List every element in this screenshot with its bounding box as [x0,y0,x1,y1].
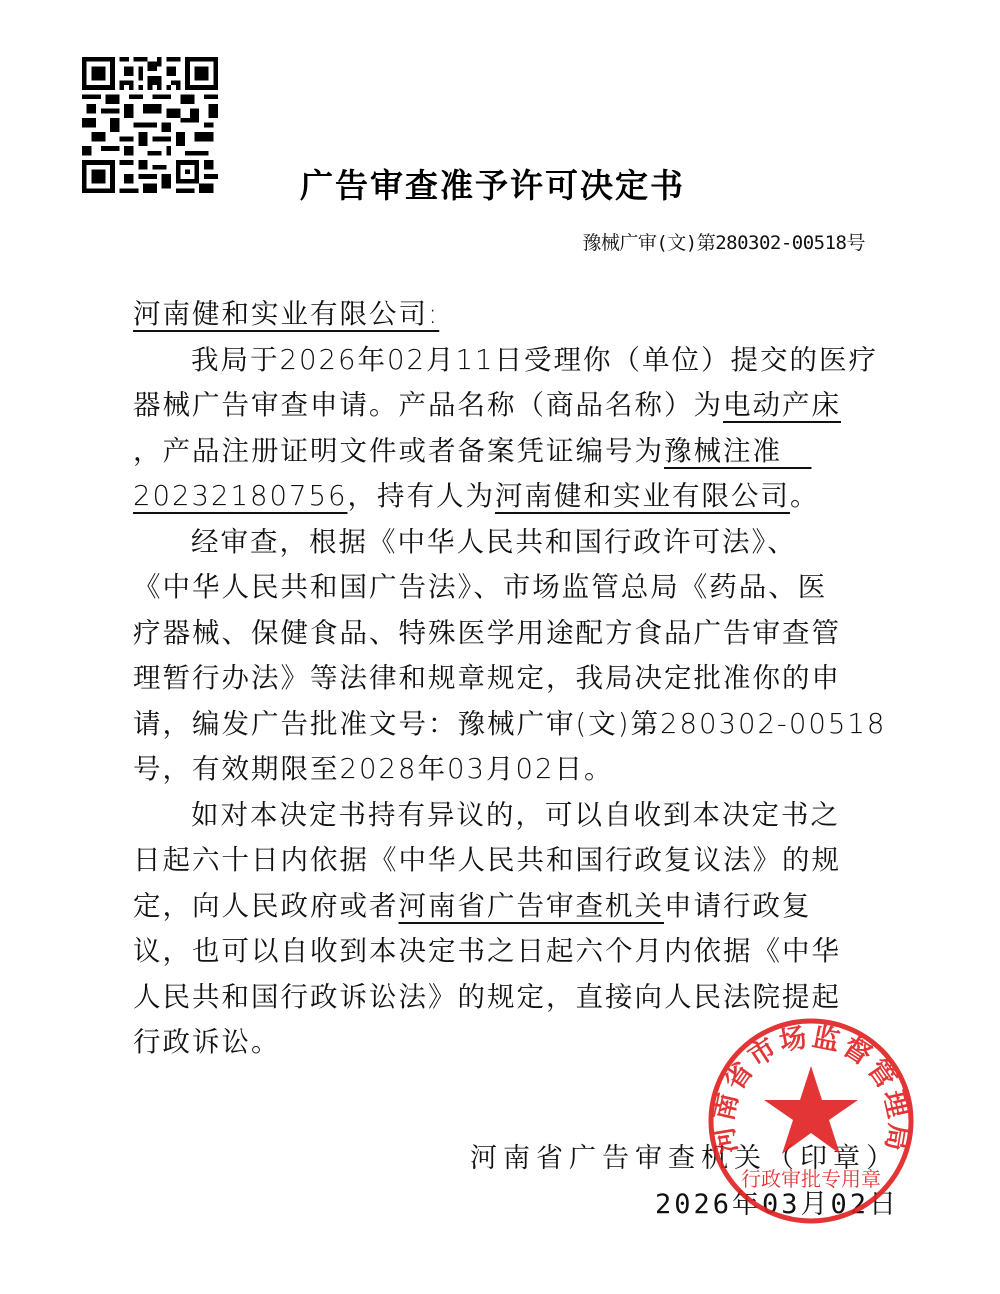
document-title: 广告审查准予许可决定书 [300,160,685,207]
addressee: 河南健和实业有限公司: [133,298,439,330]
text-line: 日起六十日内依据《中华人民共和国行政复议法》的规 [133,838,873,884]
star-icon [764,1066,858,1154]
qr-code-icon [80,57,220,193]
text-line: 器械广告审查申请。产品名称（商品名称）为电动产床 [133,383,873,429]
text-line: 20232180756，持有人为河南健和实业有限公司。 [133,474,873,520]
text-line: 理暂行办法》等法律和规章规定，我局决定批准你的申 [133,656,873,702]
text-line: 请，编发广告批准文号：豫械广审(文)第280302-00518 [133,702,873,748]
official-seal-stamp: 河南省市场监督管理局 行政审批专用章 [706,1016,916,1226]
paragraph-acceptance: 我局于2026年02月11日受理你（单位）提交的医疗 器械广告审查申请。产品名称… [133,338,873,520]
registration-number-part2: 20232180756 [133,480,347,512]
registration-number-part1: 豫械注准 [664,435,782,467]
text-line: 人民共和国行政诉讼法》的规定，直接向人民法院提起 [133,975,873,1021]
text-line: 议，也可以自收到本决定书之日起六个月内依据《中华 [133,929,873,975]
text-line: 《中华人民共和国广告法》、市场监管总局《药品、医 [133,565,873,611]
addressee-line: 河南健和实业有限公司: [133,292,873,338]
text-line: 我局于2026年02月11日受理你（单位）提交的医疗 [133,338,873,384]
seal-inner-text: 行政审批专用章 [741,1167,881,1191]
holder-name: 河南健和实业有限公司 [495,480,790,512]
review-authority: 河南省广告审查机关 [399,890,665,922]
product-name: 电动产床 [723,389,841,421]
text-line: 疗器械、保健食品、特殊医学用途配方食品广告审查管 [133,611,873,657]
document-number: 豫械广审(文)第280302-00518号 [582,228,865,255]
text-line: 定，向人民政府或者河南省广告审查机关申请行政复 [133,884,873,930]
text-line: 如对本决定书持有异议的，可以自收到本决定书之 [133,793,873,839]
document-body: 河南健和实业有限公司: 我局于2026年02月11日受理你（单位）提交的医疗 器… [133,292,873,1066]
paragraph-decision: 经审查，根据《中华人民共和国行政许可法》、 《中华人民共和国广告法》、市场监管总… [133,520,873,793]
text-line: ，产品注册证明文件或者备案凭证编号为豫械注准 [133,429,873,475]
text-line: 经审查，根据《中华人民共和国行政许可法》、 [133,520,873,566]
text-line: 号，有效期限至2028年03月02日。 [133,747,873,793]
